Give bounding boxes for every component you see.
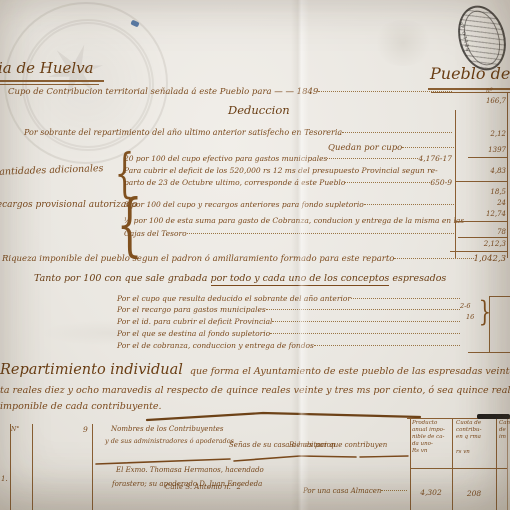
amount-value: 4,83 — [468, 167, 506, 175]
ink-ghost-smudge — [372, 20, 434, 66]
group-a-value-1: 4,176-17 — [418, 154, 452, 163]
table-header-bienes: Bienes por que contribuyen — [289, 441, 387, 449]
cupo-line: Cupo de Contribucion territorial señalad… — [8, 87, 452, 97]
dotted-leader — [327, 158, 418, 159]
concepto-line: Por el de cobranza, conduccion y entrega… — [117, 341, 460, 350]
repartimiento-heading: Repartimiento individual que forma el Ay… — [0, 362, 510, 378]
concepto-text: Por el id. para cubrir el deficit Provin… — [117, 317, 272, 326]
row-cuota-value: 208 — [452, 489, 496, 498]
group-a-line-1: 20 por 100 del cupo efectivo para gastos… — [124, 154, 452, 163]
pueblo-title: Pueblo de — [430, 64, 510, 83]
concepto-box-rule-bottom — [468, 352, 510, 353]
partial-header-line: de — [499, 427, 510, 434]
amount-value: 78 — [468, 228, 506, 236]
dotted-leader — [187, 233, 454, 234]
concepto-box-rule — [489, 296, 490, 352]
dotted-leader — [314, 345, 460, 346]
concepto-text: Por el cupo que resulta deducido el sobr… — [117, 294, 351, 303]
document-photo: ✶ SELLO 4º ia de Huelva Pueblo de nº Cup… — [0, 0, 510, 510]
dotted-leader — [381, 490, 407, 491]
tanto-suffix: espresados — [389, 273, 446, 284]
repartimiento-lead: Repartimiento individual — [0, 362, 183, 378]
concepto-line: Por el que se destina al fondo supletori… — [117, 329, 460, 338]
group-b-line-3: Cajas del Tesoro — [124, 229, 454, 238]
table-header-producto: Producto anual impo- nible de ca- da uno… — [412, 420, 451, 455]
row-name-line1: El Exmo. Thomasa Hermanos, hacendado — [116, 466, 264, 474]
table-header-cuota: Cuota de contribu- en q rma rs vn — [456, 420, 495, 456]
province-underline-2 — [0, 84, 99, 85]
dotted-leader — [272, 321, 460, 322]
dotted-leader — [351, 298, 460, 299]
tanto-underlined: por todo y cada uno de los conceptos — [211, 273, 390, 286]
province-underline — [0, 80, 104, 82]
group-b-line-2: ½ por 100 de esta suma para gasto de Cob… — [124, 216, 464, 225]
amount-value: 2,12 — [468, 130, 506, 138]
dotted-leader — [402, 147, 454, 148]
cuota-header-line: rs vn — [456, 449, 495, 456]
table-header-nombres: Nombres de los Contribuyentes — [111, 425, 224, 433]
row-senas: Calle S. Antonio n.° 2 — [165, 483, 241, 491]
amount-column-edge-rule — [507, 92, 508, 258]
dotted-leader — [318, 91, 452, 92]
amount-value: 24 — [468, 199, 506, 207]
table-header-partial: Can de im — [499, 420, 510, 441]
producto-header-line: nible de ca- — [412, 434, 451, 441]
group-b-text-3: Cajas del Tesoro — [124, 229, 187, 238]
amount-value: 166,7 — [468, 97, 506, 105]
table-rule — [410, 468, 507, 469]
table-header-num-mark: 9 — [83, 425, 88, 434]
concepto-value: 2-6 — [460, 302, 470, 310]
tanto-prefix: Tanto por 100 con que sale grabada — [34, 273, 211, 284]
concepto-line: Por el cupo que resulta deducido el sobr… — [117, 294, 460, 303]
concepto-text: Por el de cobranza, conduccion y entrega… — [117, 341, 314, 350]
row-num: 1. — [1, 475, 8, 483]
concepto-box-rule-top — [489, 296, 510, 297]
dotted-leader — [394, 258, 473, 259]
repartimiento-line3: imponible de cada contribuyente. — [0, 401, 162, 412]
group-a-value-3: 650-9 — [430, 178, 452, 187]
producto-header-line: da uno- — [412, 441, 451, 448]
partial-header-line: im — [499, 434, 510, 441]
table-rule — [496, 418, 497, 510]
producto-header-line: anual impo- — [412, 427, 451, 434]
sobrante-line: Por sobrante del repartimiento del año u… — [24, 128, 452, 137]
partial-header-line: Can — [499, 420, 510, 427]
cuota-header-line: contribu- — [456, 427, 495, 434]
quedan-text: Quedan por cupo — [328, 143, 402, 153]
concepto-line: Por el recargo para gastos municipales — [117, 305, 460, 314]
concepto-value: 16 — [466, 313, 474, 321]
riqueza-text: Riqueza imponible del pueblo segun el pa… — [2, 254, 394, 264]
group-a-line-2: Para cubrir el deficit de los 520,000 rs… — [124, 166, 438, 175]
quedan-line: Quedan por cupo — [328, 143, 454, 153]
concepto-text: Por el recargo para gastos municipales — [117, 305, 266, 314]
province-title: ia de Huelva — [0, 59, 94, 77]
riqueza-line: Riqueza imponible del pueblo segun el pa… — [2, 254, 506, 264]
sobrante-text: Por sobrante del repartimiento del año u… — [24, 128, 342, 137]
amount-total-rule — [450, 251, 507, 252]
row-bienes-text: Por una casa Almacen — [303, 487, 381, 495]
dotted-leader — [345, 182, 430, 183]
dotted-leader — [364, 204, 454, 205]
amount-value: 1397 — [468, 146, 506, 154]
producto-header-line: Producto — [412, 420, 451, 427]
cantidades-label: Cantidades adicionales — [0, 163, 104, 178]
dotted-leader — [270, 333, 460, 334]
row-producto-value: 4,302 — [410, 488, 452, 497]
amount-sum-rule — [456, 181, 507, 182]
table-header-nombres-2: y de sus administradores ó apoderados — [105, 437, 234, 445]
dotted-leader — [342, 132, 452, 133]
table-rule — [92, 424, 93, 510]
amount-sum-rule — [468, 157, 507, 158]
producto-header-line: Rs vn — [412, 448, 451, 455]
group-a-line-3: parto de 23 de Octubre ultimo, correspon… — [124, 178, 452, 187]
heavy-ink-mark — [477, 414, 510, 419]
amount-value: 2,12,3 — [468, 240, 506, 248]
margin-note: nº — [486, 87, 493, 94]
deduccion-heading: Deduccion — [228, 103, 290, 117]
amount-value: 18,5 — [468, 188, 506, 196]
concepto-line: Por el id. para cubrir el deficit Provin… — [117, 317, 460, 326]
dotted-leader — [266, 309, 460, 310]
amount-column-rule — [455, 110, 456, 258]
table-rule — [32, 424, 33, 510]
amount-value: 12,74 — [468, 210, 506, 218]
amount-sum-rule — [458, 237, 507, 238]
repartimiento-line1: que forma el Ayuntamiento de este pueblo… — [190, 366, 510, 377]
concepto-text: Por el que se destina al fondo supletori… — [117, 329, 270, 338]
table-header-num: N° — [11, 426, 19, 433]
cuota-header-line: en q rma — [456, 434, 495, 441]
cupo-text: Cupo de Contribucion territorial señalad… — [8, 87, 318, 97]
tanto-line: Tanto por 100 con que sale grabada por t… — [34, 273, 446, 284]
repartimiento-line2: ta reales diez y ocho maravedis al respe… — [0, 385, 510, 396]
group-b-line-1: 8 por 100 del cupo y recargos anteriores… — [124, 200, 454, 209]
group-b-text-1: 8 por 100 del cupo y recargos anteriores… — [124, 200, 364, 209]
row-bienes: Por una casa Almacen — [303, 487, 407, 495]
amount-sum-rule — [456, 221, 507, 222]
cuota-header-line: Cuota de — [456, 420, 495, 427]
table-rule — [10, 424, 11, 510]
group-a-text-3: parto de 23 de Octubre ultimo, correspon… — [124, 178, 345, 187]
group-a-text-1: 20 por 100 del cupo efectivo para gastos… — [124, 154, 327, 163]
riqueza-value: 1,042,3 — [474, 254, 506, 264]
